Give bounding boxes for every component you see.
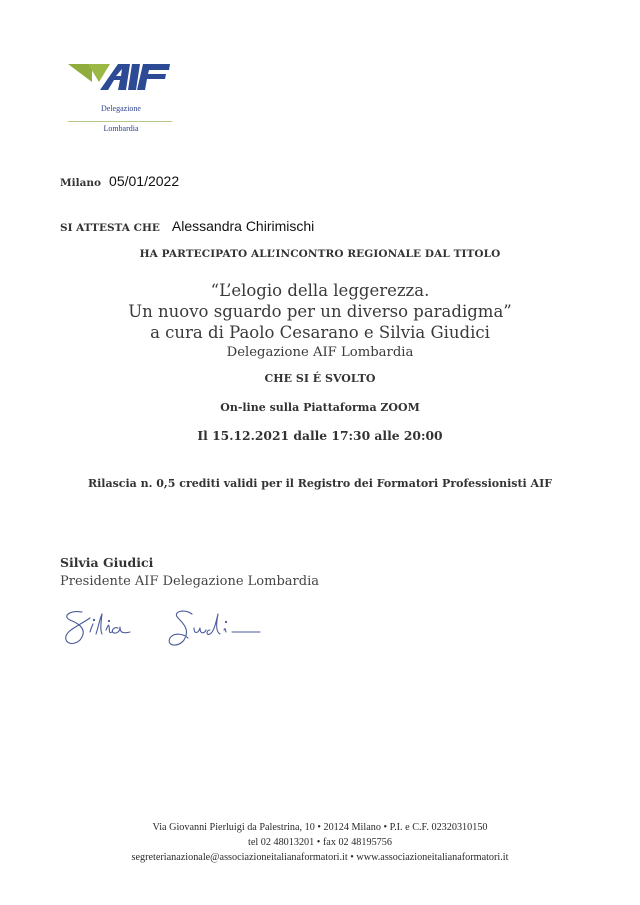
footer-phone-fax: tel 02 48013201 • fax 02 48195756 xyxy=(0,837,640,848)
event-organizer: Delegazione AIF Lombardia xyxy=(0,345,640,360)
logo-green-wedge-left xyxy=(68,64,92,82)
place-label: Milano xyxy=(60,177,101,189)
signature-icon xyxy=(60,600,290,655)
credits-statement: Rilascia n. 0,5 crediti validi per il Re… xyxy=(0,477,640,490)
held-label: CHE SI É SVOLTO xyxy=(0,372,640,385)
footer-contacts: segreterianazionale@associazioneitaliana… xyxy=(0,852,640,863)
participation-heading: HA PARTECIPATO ALL’INCONTRO REGIONALE DA… xyxy=(0,248,640,260)
attest-label: SI ATTESTA CHE xyxy=(60,222,160,234)
event-datetime: Il 15.12.2021 dalle 17:30 alle 20:00 xyxy=(0,428,640,443)
event-title-line2: Un nuovo sguardo per un diverso paradigm… xyxy=(0,302,640,321)
signatory-name: Silvia Giudici xyxy=(60,555,153,570)
logo-line-delegazione: Delegazione xyxy=(68,104,174,113)
event-venue: On-line sulla Piattaforma ZOOM xyxy=(0,401,640,414)
logo-divider xyxy=(68,121,172,122)
logo-line-lombardia: Lombardia xyxy=(68,124,174,133)
document-date: 05/01/2022 xyxy=(109,173,179,189)
event-title-line1: “L’elogio della leggerezza. xyxy=(0,281,640,300)
event-curators: a cura di Paolo Cesarano e Silvia Giudic… xyxy=(0,323,640,342)
participant-name: Alessandra Chirimischi xyxy=(172,218,314,234)
footer-address: Via Giovanni Pierluigi da Palestrina, 10… xyxy=(0,822,640,833)
attestation-row: SI ATTESTA CHE Alessandra Chirimischi xyxy=(60,218,314,236)
signatory-role: Presidente AIF Delegazione Lombardia xyxy=(60,574,319,589)
place-date-row: Milano 05/01/2022 xyxy=(60,173,179,191)
